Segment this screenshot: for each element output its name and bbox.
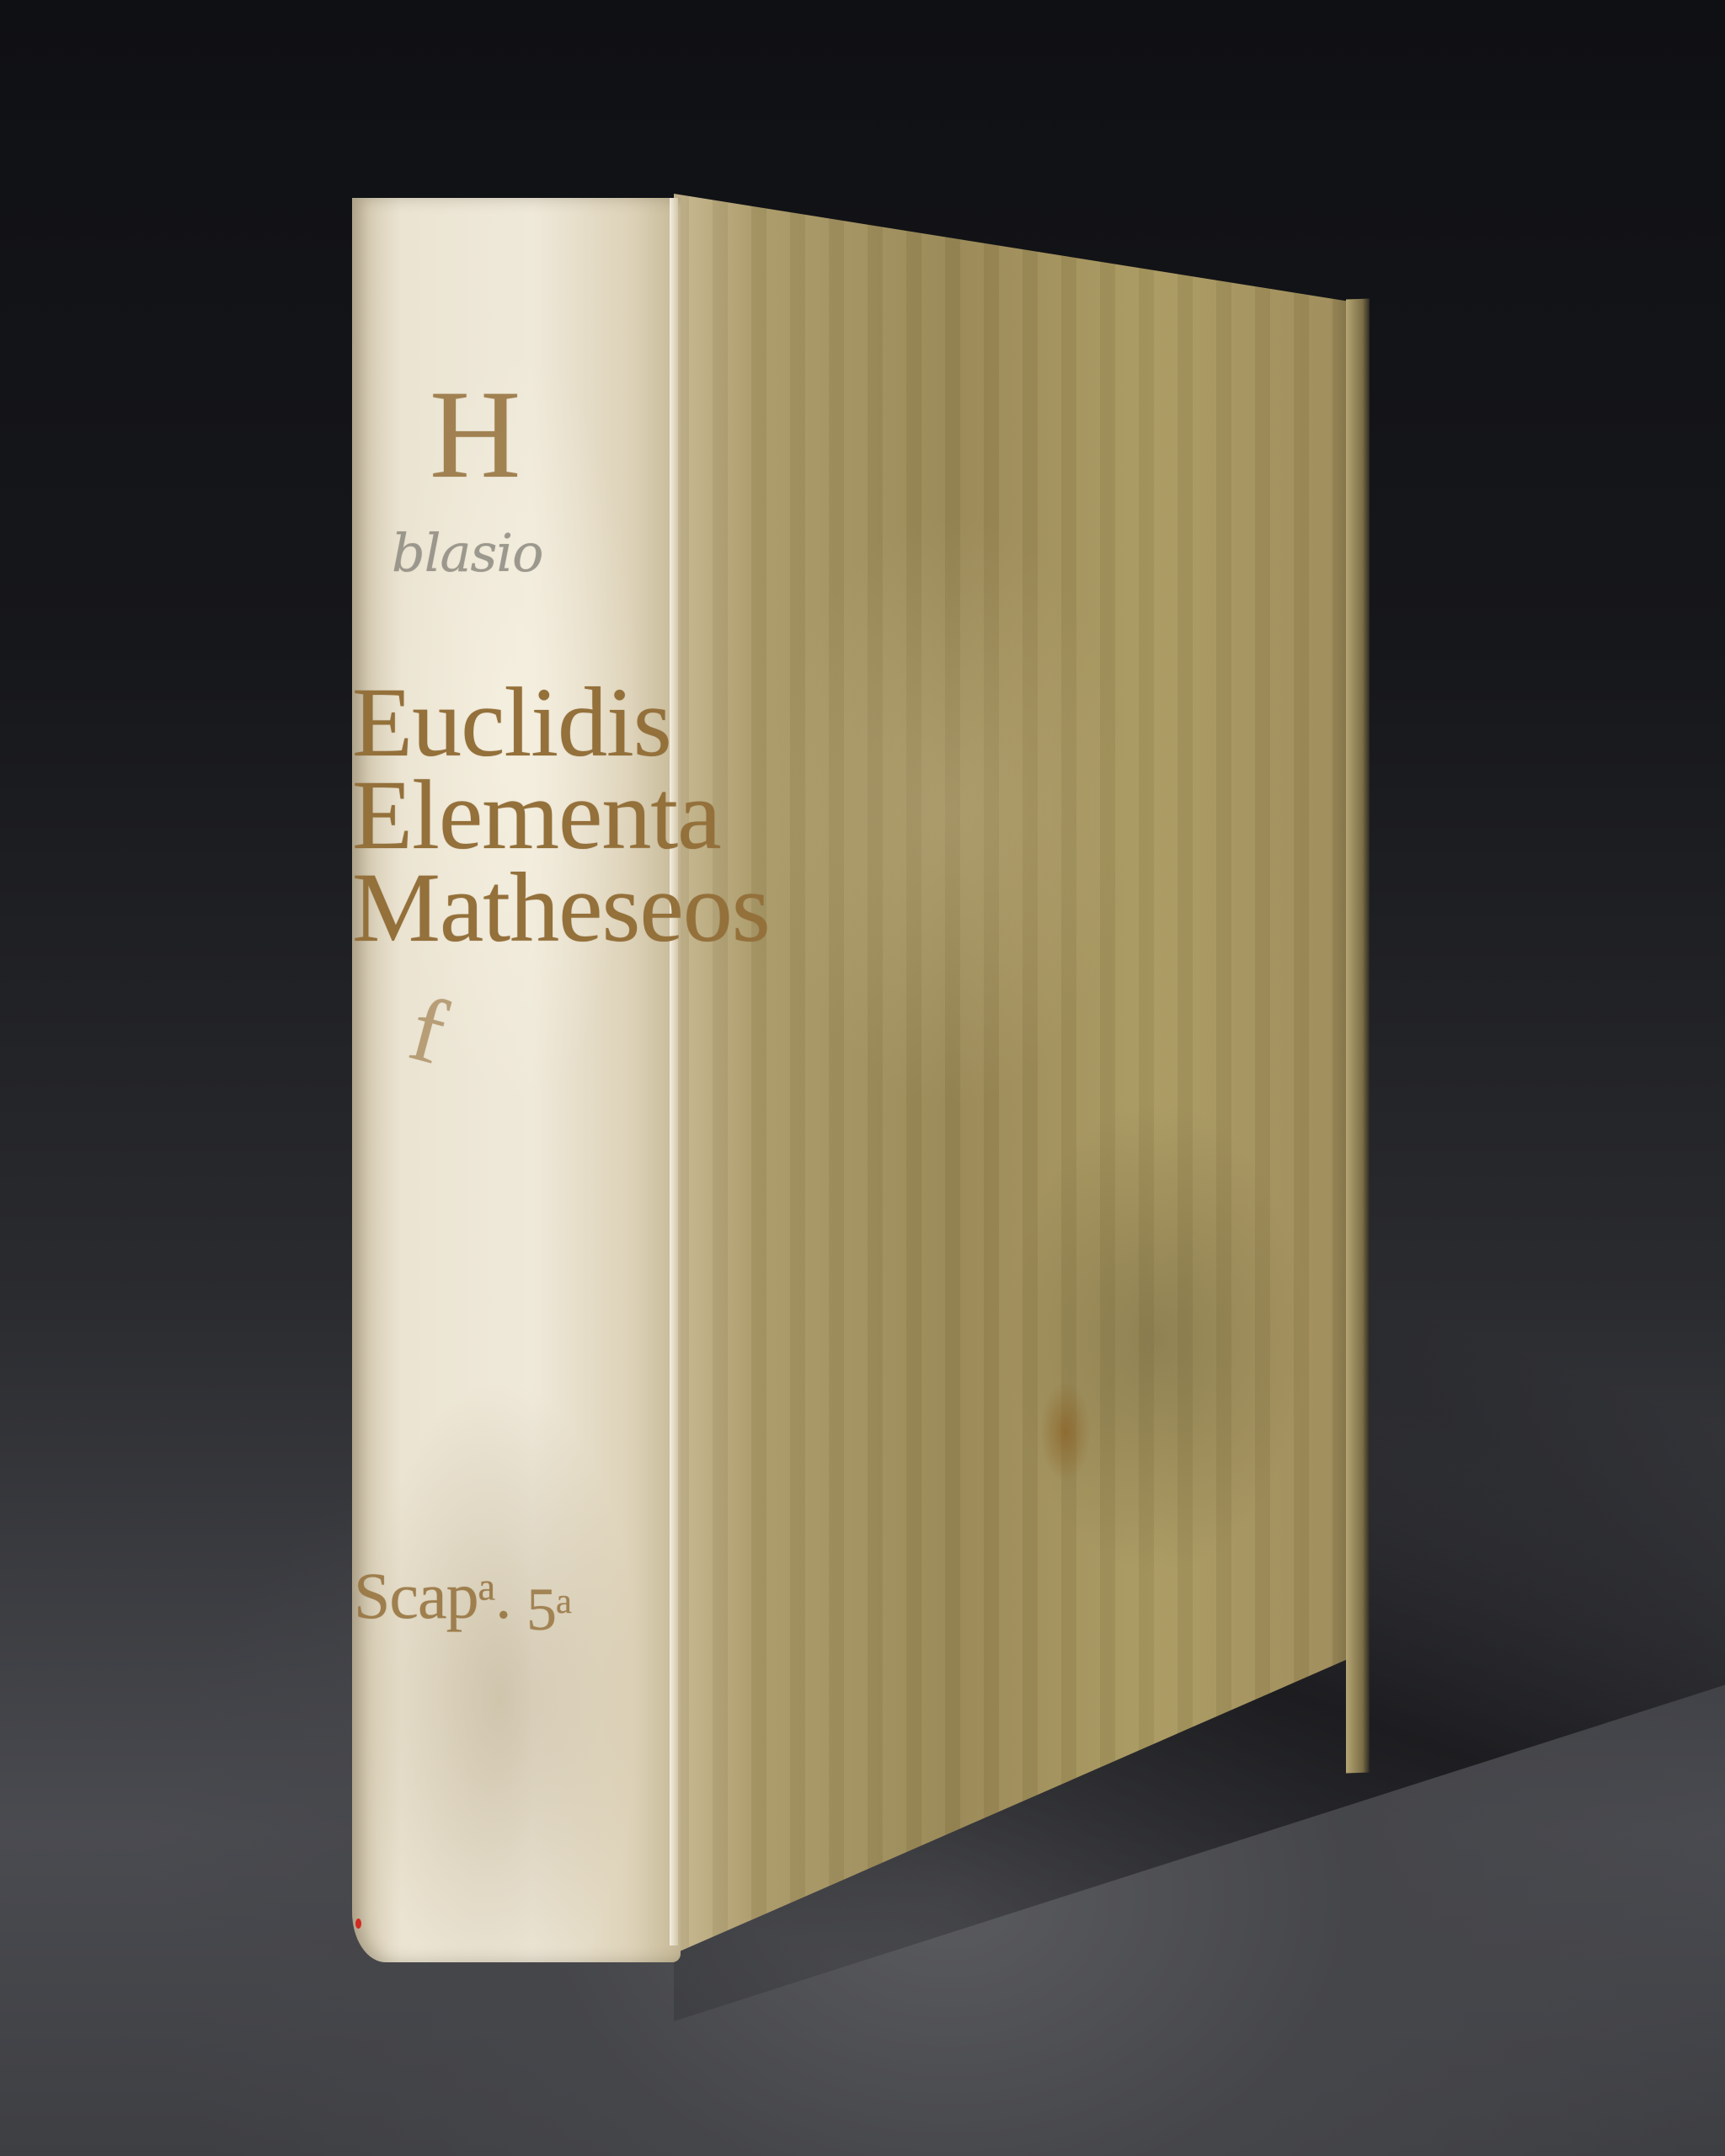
spine-initial: H xyxy=(430,362,520,507)
spine-joint-highlight xyxy=(670,198,678,1945)
spine-title-line-3: Matheseos xyxy=(352,851,770,965)
spine-pencil-note: blasio xyxy=(392,522,542,584)
spine-shelfmark: Scapᵃ. xyxy=(354,1558,510,1634)
front-cover xyxy=(674,194,1365,1954)
spine-volume: 5ᵃ xyxy=(526,1575,572,1645)
cover-stain xyxy=(1040,1381,1091,1482)
red-mark xyxy=(355,1919,361,1929)
book: H blasio Euclidis Elementa Matheseos f S… xyxy=(0,0,1725,2156)
cover-fore-edge xyxy=(1346,299,1370,1774)
